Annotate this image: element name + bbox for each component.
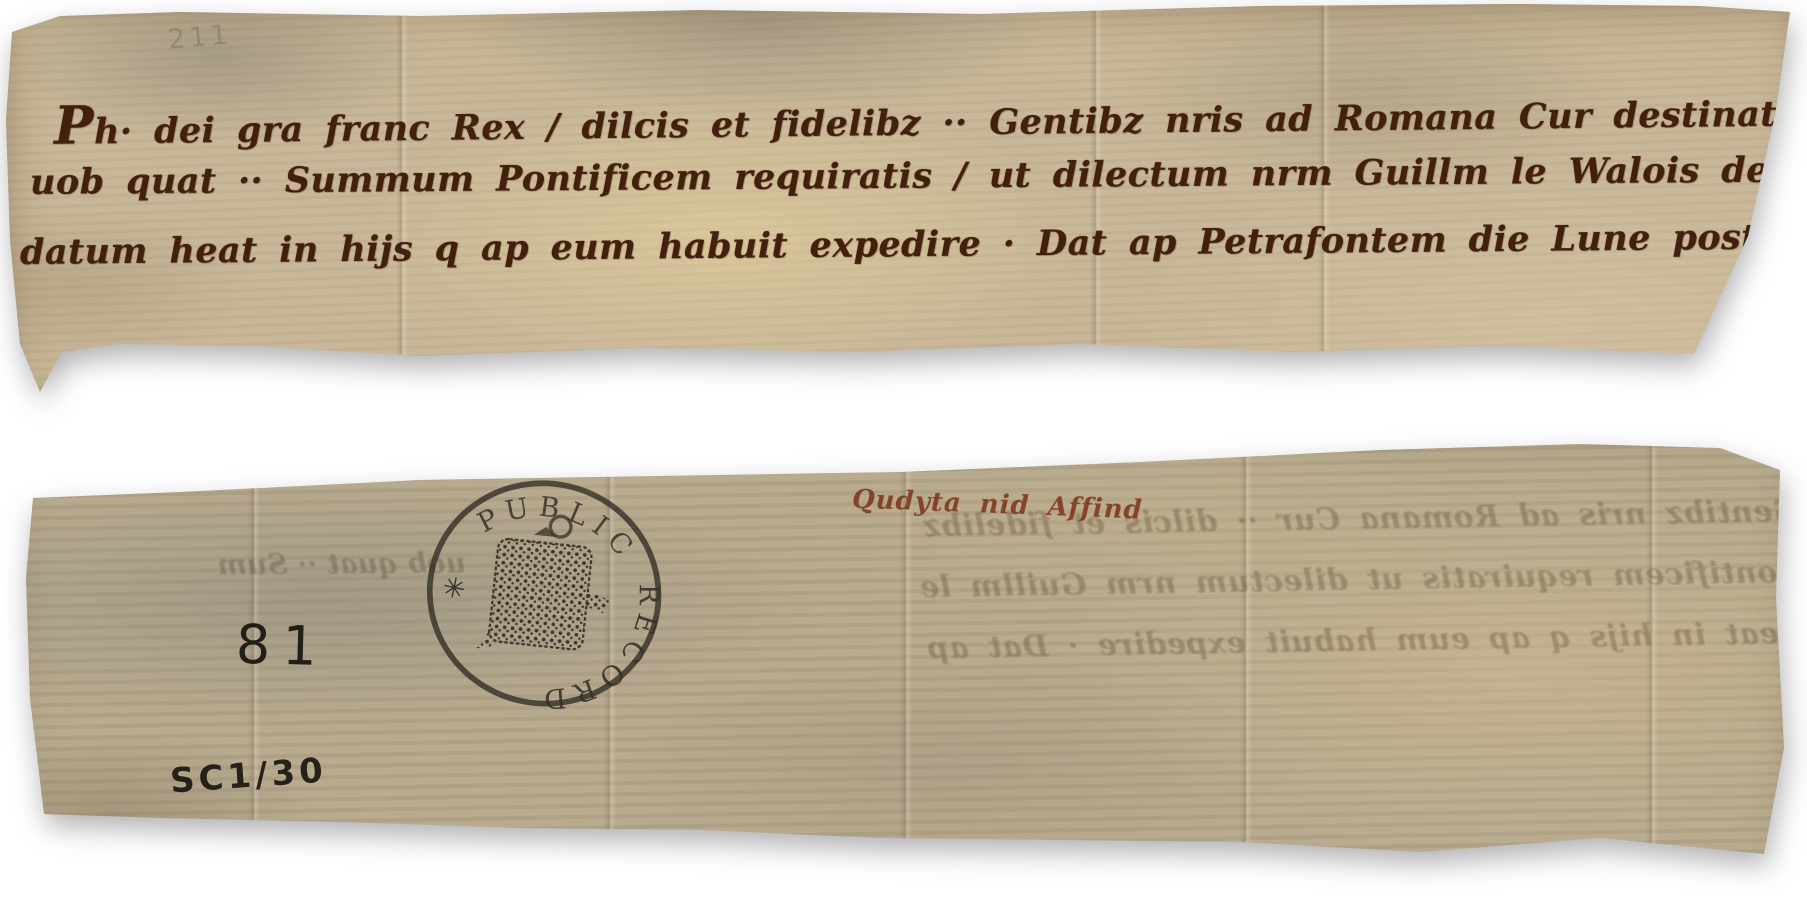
- photo-canvas: 211 Ph· dei gra franc Rex / dilcis et fi…: [0, 0, 1807, 900]
- fold-crease: [396, 0, 408, 410]
- parchment-verso: Gentibz nris ad Romana Cur ·· dilcis et …: [0, 418, 1807, 900]
- manuscript-line-1: Ph· dei gra franc Rex / dilcis et fideli…: [54, 72, 1807, 157]
- ink-showthrough: Gentibz nris ad Romana Cur ·· dilcis et …: [638, 494, 1801, 697]
- manuscript-line-3: datum heat in hijs q ap eum habuit exped…: [20, 212, 1807, 273]
- parchment-recto: 211 Ph· dei gra franc Rex / dilcis et fi…: [0, 0, 1807, 410]
- archival-item-number: 81: [235, 613, 329, 678]
- parchment-verso-surface: Gentibz nris ad Romana Cur ·· dilcis et …: [0, 418, 1807, 900]
- archival-reference: SC1/30: [169, 751, 328, 802]
- showthrough-line: Gentibz nris ad Romana Cur ·· dilcis et …: [638, 494, 1798, 549]
- showthrough-line: heat in hijs q ap eum habuit expedire · …: [641, 616, 1801, 671]
- showthrough-fragment: uob quat ·· Sum: [36, 546, 466, 583]
- public-record-office-stamp: ✳ PUBLIC RECORD: [396, 452, 692, 735]
- stamp-rosette: ✳: [439, 570, 468, 606]
- manuscript-line-2: uob quat ·· Summum Pontificem requiratis…: [30, 146, 1807, 203]
- fold-crease: [1318, 0, 1330, 410]
- showthrough-line: Pontificem requiratis ut dilectum nrm Gu…: [640, 555, 1800, 610]
- fold-crease: [1090, 0, 1102, 410]
- parchment-recto-surface: 211 Ph· dei gra franc Rex / dilcis et fi…: [0, 0, 1807, 410]
- pencil-folio-number: 211: [167, 19, 233, 55]
